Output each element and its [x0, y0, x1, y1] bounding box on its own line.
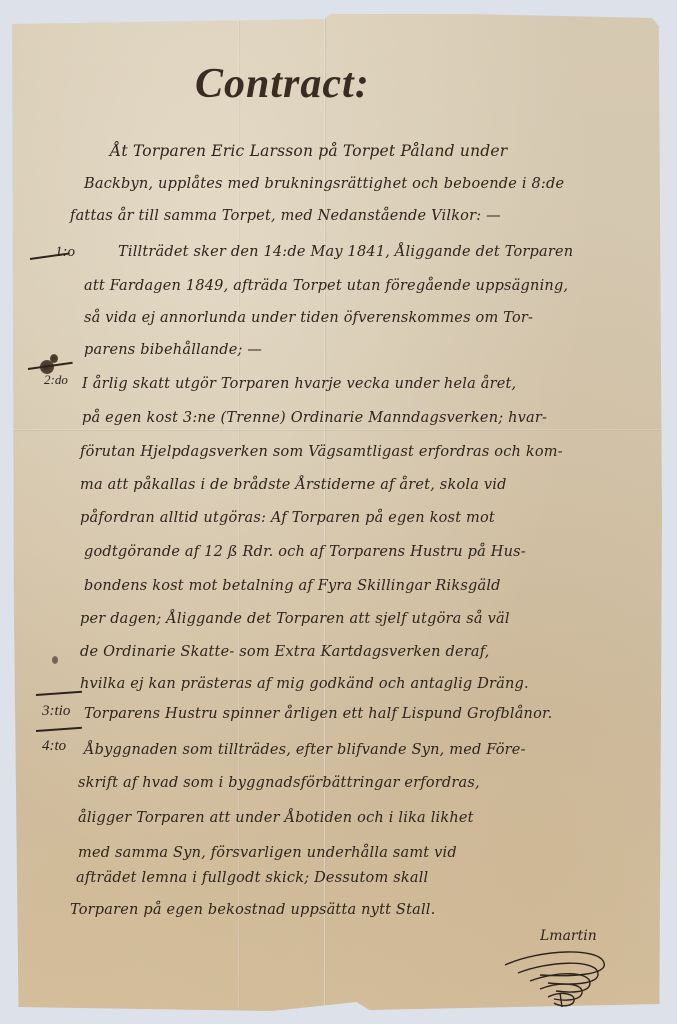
text-line-12: påfordran alltid utgöras: Af Torparen på…: [80, 510, 495, 526]
text-line-14: bondens kost mot betalning af Fyra Skill…: [84, 578, 501, 594]
signature: Lmartin: [540, 928, 597, 944]
horizontal-fold-line: [12, 429, 662, 431]
section-marker-1: 1:o: [55, 244, 75, 261]
text-line-19: Åbyggnaden som tillträdes, efter blifvan…: [84, 742, 526, 758]
text-line-23: afträdet lemna i fullgodt skick; Dessuto…: [76, 870, 428, 886]
signature-flourish-icon: [500, 945, 620, 1015]
text-line-17: hvilka ej kan prästeras af mig godkänd o…: [80, 676, 529, 692]
text-line-20: skrift af hvad som i byggnadsförbättring…: [78, 775, 480, 791]
text-line-9: på egen kost 3:ne (Trenne) Ordinarie Man…: [82, 410, 547, 426]
section-marker-3: 3:tio: [42, 703, 70, 720]
text-line-18: Torparens Hustru spinner årligen ett hal…: [84, 706, 552, 722]
text-line-13: godtgörande af 12 ß Rdr. och af Torparen…: [84, 544, 526, 560]
text-line-8: I årlig skatt utgör Torparen hvarje veck…: [82, 376, 516, 392]
text-line-1: Åt Torparen Eric Larsson på Torpet Pålan…: [110, 142, 507, 160]
text-line-4: Tillträdet sker den 14:de May 1841, Ålig…: [118, 244, 573, 260]
text-line-22: med samma Syn, försvarligen underhålla s…: [78, 845, 457, 861]
ink-spot: [52, 656, 58, 664]
text-line-2: Backbyn, upplåtes med brukningsrättighet…: [84, 176, 564, 192]
text-line-10: förutan Hjelpdagsverken som Vägsamtligas…: [80, 444, 563, 460]
text-line-7: parens bibehållande; —: [84, 342, 262, 358]
text-line-15: per dagen; Åliggande det Torparen att sj…: [80, 611, 510, 627]
section-marker-4: 4:to: [42, 738, 66, 755]
text-line-3: fattas år till samma Torpet, med Nedanst…: [70, 208, 501, 224]
text-line-21: åligger Torparen att under Åbotiden och …: [78, 810, 474, 826]
section-marker-2: 2:do: [44, 372, 68, 388]
text-line-6: så vida ej annorlunda under tiden öfvere…: [84, 310, 533, 326]
document-title: Contract:: [195, 60, 370, 108]
text-line-5: att Fardagen 1849, afträda Torpet utan f…: [84, 278, 568, 294]
text-line-16: de Ordinarie Skatte- som Extra Kartdagsv…: [80, 644, 490, 660]
ink-blot-small: [50, 354, 58, 363]
text-line-24: Torparen på egen bekostnad uppsätta nytt…: [70, 902, 435, 918]
text-line-11: ma att påkallas i de brådste Årstiderne …: [80, 477, 507, 493]
